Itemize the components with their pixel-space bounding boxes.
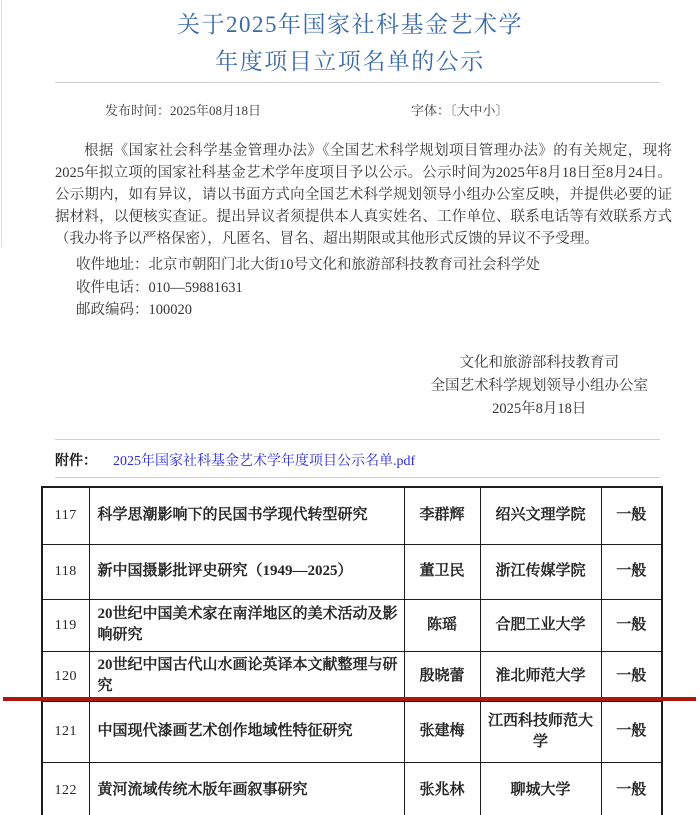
publish-time-label: 发布时间：: [105, 103, 170, 118]
cell-project-title: 黄河流域传统木版年画叙事研究: [89, 762, 404, 815]
table-row: 119 20世纪中国美术家在南洋地区的美术活动及影响研究 陈瑶 合肥工业大学 一…: [42, 599, 662, 651]
signature-block: 文化和旅游部科技教育司 全国艺术科学规划领导小组办公室 2025年8月18日: [431, 352, 649, 421]
cell-category: 一般: [601, 599, 662, 651]
signature-department: 文化和旅游部科技教育司: [431, 352, 649, 375]
cell-institution: 绍兴文理学院: [480, 487, 601, 544]
contact-address: 收件地址：北京市朝阳门北大街10号文化和旅游部科技教育司社会科学处: [76, 254, 540, 277]
cell-category: 一般: [601, 701, 662, 762]
cell-project-leader: 张兆林: [404, 762, 480, 815]
cell-serial-number: 120: [42, 651, 89, 701]
cell-serial-number: 119: [42, 599, 89, 651]
cell-project-leader: 董卫民: [404, 544, 480, 599]
cell-serial-number: 121: [42, 701, 89, 762]
page-title-line1: 关于2025年国家社科基金艺术学: [0, 6, 700, 43]
contact-postcode: 邮政编码：100020: [76, 299, 540, 322]
font-size-label: 字体：: [411, 103, 450, 118]
font-size-switcher[interactable]: 〔大中小〕: [450, 103, 509, 118]
cell-category: 一般: [601, 487, 662, 544]
cell-institution: 江西科技师范大学: [480, 701, 601, 762]
title-divider: [55, 82, 660, 83]
projects-table-body: 117 科学思潮影响下的民国书学现代转型研究 李群辉 绍兴文理学院 一般 118…: [42, 487, 662, 815]
signature-date: 2025年8月18日: [431, 398, 649, 421]
cell-project-leader: 殷晓蕾: [404, 651, 480, 701]
cell-category: 一般: [601, 651, 662, 701]
table-row: 120 20世纪中国古代山水画论英译本文献整理与研究 殷晓蕾 淮北师范大学 一般: [42, 651, 662, 701]
contact-block: 收件地址：北京市朝阳门北大街10号文化和旅游部科技教育司社会科学处 收件电话：0…: [76, 254, 540, 322]
cell-serial-number: 117: [42, 487, 89, 544]
projects-table: 117 科学思潮影响下的民国书学现代转型研究 李群辉 绍兴文理学院 一般 118…: [41, 486, 663, 815]
page-title: 关于2025年国家社科基金艺术学 年度项目立项名单的公示: [0, 6, 700, 80]
cell-project-title: 20世纪中国古代山水画论英译本文献整理与研究: [89, 651, 404, 701]
cell-project-title: 20世纪中国美术家在南洋地区的美术活动及影响研究: [89, 599, 404, 651]
page-title-line2: 年度项目立项名单的公示: [0, 43, 700, 80]
cell-institution: 聊城大学: [480, 762, 601, 815]
table-row: 118 新中国摄影批评史研究（1949—2025） 董卫民 浙江传媒学院 一般: [42, 544, 662, 599]
table-row: 117 科学思潮影响下的民国书学现代转型研究 李群辉 绍兴文理学院 一般: [42, 487, 662, 544]
red-highlight-line: [3, 697, 696, 701]
cell-serial-number: 122: [42, 762, 89, 815]
cell-project-leader: 陈瑶: [404, 599, 480, 651]
attachment-row: 附件：2025年国家社科基金艺术学年度项目公示名单.pdf: [55, 450, 415, 470]
cell-project-leader: 李群辉: [404, 487, 480, 544]
contact-phone: 收件电话：010—59881631: [76, 277, 540, 300]
font-size-control: 字体：〔大中小〕: [411, 100, 509, 119]
cell-project-title: 新中国摄影批评史研究（1949—2025）: [89, 544, 404, 599]
publish-time-value: 2025年08月18日: [170, 103, 261, 118]
announcement-paragraph: 根据《国家社会科学基金管理办法》《全国艺术科学规划项目管理办法》的有关规定，现将…: [55, 140, 672, 250]
cell-project-title: 中国现代漆画艺术创作地域性特征研究: [89, 701, 404, 762]
cell-project-leader: 张建梅: [404, 701, 480, 762]
attachment-divider-bottom: [55, 477, 660, 478]
cell-category: 一般: [601, 544, 662, 599]
attachment-label: 附件：: [55, 454, 97, 469]
publish-time: 发布时间：2025年08月18日: [105, 100, 261, 119]
table-row: 122 黄河流域传统木版年画叙事研究 张兆林 聊城大学 一般: [42, 762, 662, 815]
cell-institution: 淮北师范大学: [480, 651, 601, 701]
cell-category: 一般: [601, 762, 662, 815]
cell-project-title: 科学思潮影响下的民国书学现代转型研究: [89, 487, 404, 544]
table-row: 121 中国现代漆画艺术创作地域性特征研究 张建梅 江西科技师范大学 一般: [42, 701, 662, 762]
cell-serial-number: 118: [42, 544, 89, 599]
announcement-page: 关于2025年国家社科基金艺术学 年度项目立项名单的公示 发布时间：2025年0…: [0, 0, 700, 815]
cell-institution: 合肥工业大学: [480, 599, 601, 651]
signature-office: 全国艺术科学规划领导小组办公室: [431, 375, 649, 398]
cell-institution: 浙江传媒学院: [480, 544, 601, 599]
attachment-pdf-link[interactable]: 2025年国家社科基金艺术学年度项目公示名单.pdf: [113, 454, 415, 469]
attachment-divider-top: [55, 439, 660, 440]
